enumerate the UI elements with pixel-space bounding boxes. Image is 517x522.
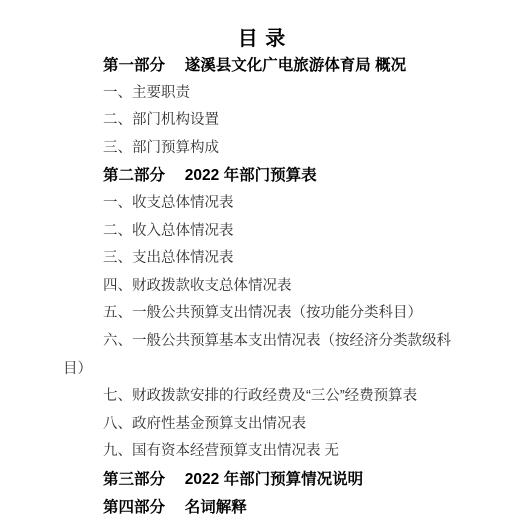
toc-item-main-duties: 一、主要职责 [63,80,461,108]
document-page: 目 录 第一部分 遂溪县文化广电旅游体育局 概况 一、主要职责 二、部门机构设置… [0,0,517,522]
toc-item-expenditure-overview-table: 三、支出总体情况表 [63,245,461,273]
toc-item-general-budget-basic-expenditure-table: 六、一般公共预算基本支出情况表（按经济分类款级科 [63,328,461,356]
toc-item-revenue-overview-table: 二、收入总体情况表 [63,218,461,246]
document-title: 目 录 [63,26,461,52]
toc-section-part-4: 第四部分 名词解释 [63,494,461,522]
toc-item-state-capital-budget-expenditure-table: 九、国有资本经营预算支出情况表 无 [63,438,461,466]
toc-item-revenue-expenditure-overview-table: 一、收支总体情况表 [63,190,461,218]
toc-section-part-1: 第一部分 遂溪县文化广电旅游体育局 概况 [63,52,461,80]
toc-item-org-structure: 二、部门机构设置 [63,107,461,135]
toc-item-admin-three-public-funds-table: 七、财政拨款安排的行政经费及“三公”经费预算表 [63,383,461,411]
toc-section-part-3: 第三部分 2022 年部门预算情况说明 [63,466,461,494]
toc-item-budget-composition: 三、部门预算构成 [63,135,461,163]
toc-item-general-budget-basic-expenditure-table-continuation: 目） [63,356,461,384]
toc-item-general-budget-expenditure-table: 五、一般公共预算支出情况表（按功能分类科目） [63,300,461,328]
toc-section-part-2: 第二部分 2022 年部门预算表 [63,162,461,190]
toc-item-fiscal-appropriation-overview-table: 四、财政拨款收支总体情况表 [63,273,461,301]
toc-content: 目 录 第一部分 遂溪县文化广电旅游体育局 概况 一、主要职责 二、部门机构设置… [0,0,517,521]
toc-item-gov-fund-budget-expenditure-table: 八、政府性基金预算支出情况表 [63,411,461,439]
